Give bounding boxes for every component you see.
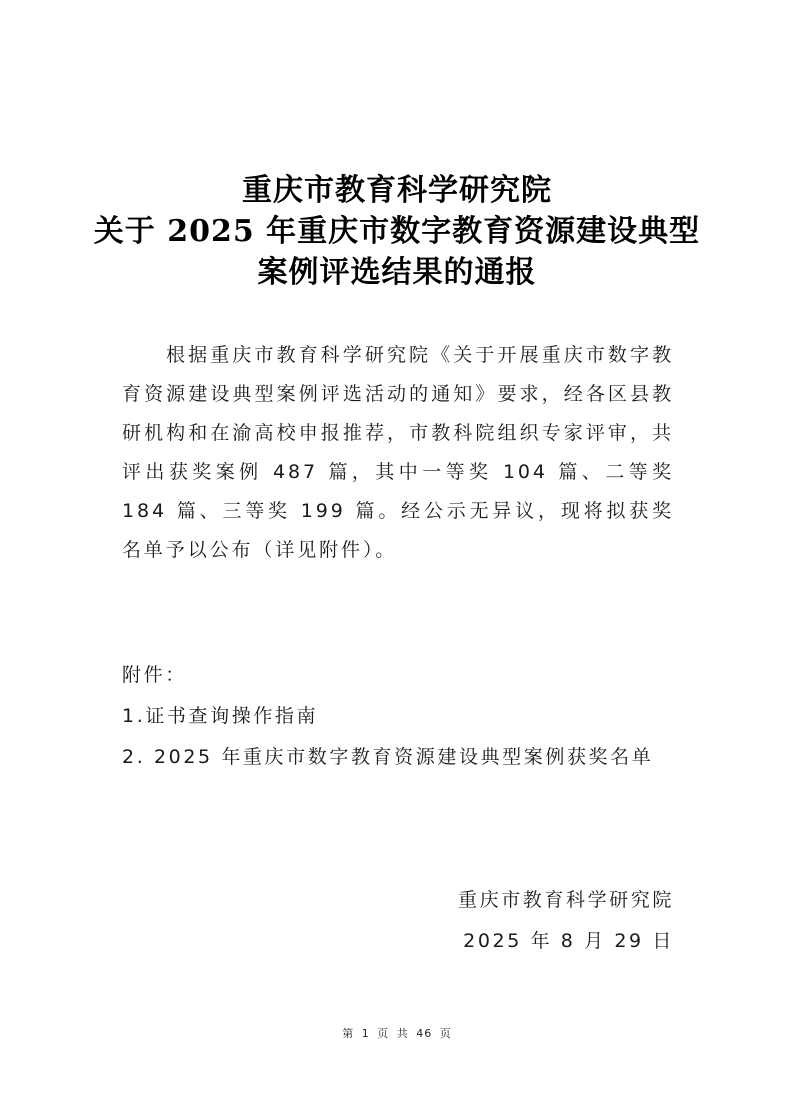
document-page: 重庆市教育科学研究院 关于 2025 年重庆市数字教育资源建设典型 案例评选结果… <box>0 0 794 1108</box>
attachment-item-certificate-guide: 1.证书查询操作指南 <box>122 696 682 737</box>
title-line-organization: 重庆市教育科学研究院 <box>0 170 794 211</box>
title-line-subject-end: 案例评选结果的通报 <box>0 252 794 293</box>
page-indicator: 第 1 页 共 46 页 <box>342 1027 451 1040</box>
document-title: 重庆市教育科学研究院 关于 2025 年重庆市数字教育资源建设典型 案例评选结果… <box>0 170 794 293</box>
attachments-heading: 附件： <box>122 655 682 696</box>
body-paragraph: 根据重庆市教育科学研究院《关于开展重庆市数字教育资源建设典型案例评选活动的通知》… <box>122 336 674 570</box>
title-line-subject: 关于 2025 年重庆市数字教育资源建设典型 <box>0 211 794 252</box>
signature-block: 重庆市教育科学研究院 2025 年 8 月 29 日 <box>458 880 674 962</box>
page-footer: 第 1 页 共 46 页 <box>0 1026 794 1042</box>
signature-organization: 重庆市教育科学研究院 <box>458 880 674 921</box>
attachment-item-award-list: 2. 2025 年重庆市数字教育资源建设典型案例获奖名单 <box>122 737 682 778</box>
attachments-section: 附件： 1.证书查询操作指南 2. 2025 年重庆市数字教育资源建设典型案例获… <box>122 655 682 778</box>
signature-date: 2025 年 8 月 29 日 <box>458 921 674 962</box>
